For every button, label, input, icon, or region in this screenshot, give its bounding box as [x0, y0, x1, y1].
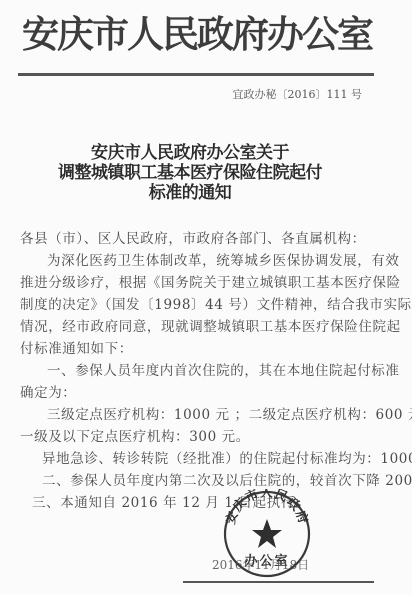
official-seal: 安庆市人民政府 办公室 [222, 489, 312, 579]
notice-title: 安庆市人民政府办公室关于 调整城镇职工基本医疗保险住院起付 标准的通知 [0, 143, 380, 203]
star-icon [252, 519, 282, 548]
body-line: 三、本通知自 2016 年 12 月 1 日起执行。 [20, 492, 365, 514]
masthead-issuer: 安庆市人民政府办公室 [22, 10, 368, 60]
title-line-3: 标准的通知 [0, 183, 380, 203]
title-line-2: 调整城镇职工基本医疗保险住院起付 [0, 163, 380, 183]
body-line: 二、参保人员年度内第二次及以后住院的，较首次下降 200 元。 [20, 470, 365, 492]
body-line: 为深化医药卫生体制改革，统筹城乡医保协调发展，有效 [20, 250, 365, 272]
body-line: 异地急诊、转诊转院（经批准）的住院起付标准均为：1000 元。 [20, 448, 365, 470]
body-line: 一、参保人员年度内首次住院的，其在本地住院起付标准 [20, 360, 365, 382]
body-line: 情况，经市政府同意，现就调整城镇职工基本医疗保险住院起 [20, 316, 365, 338]
seal-bottom-text: 办公室 [244, 553, 289, 569]
body-line: 三级定点医疗机构：1000 元 ；二级定点医疗机构：600 元； [20, 404, 365, 426]
body-line: 确定为： [20, 382, 365, 404]
body-line: 制度的决定》（国发〔1998〕44 号）文件精神，结合我市实际 [20, 294, 365, 316]
body-line: 推进分级诊疗，根据《国务院关于建立城镇职工基本医疗保险 [20, 272, 365, 294]
document-number: 宜政办秘〔2016〕111 号 [233, 86, 363, 102]
footer-rule [183, 581, 374, 583]
notice-body: 各县（市）、区人民政府，市政府各部门、各直属机构： 为深化医药卫生体制改革，统筹… [20, 228, 365, 514]
body-line: 一级及以下定点医疗机构：300 元。 [20, 426, 365, 448]
body-line: 付标准通知如下： [20, 338, 365, 360]
header-rule [18, 73, 374, 76]
title-line-1: 安庆市人民政府办公室关于 [0, 143, 380, 163]
addressee: 各县（市）、区人民政府，市政府各部门、各直属机构： [20, 228, 365, 250]
